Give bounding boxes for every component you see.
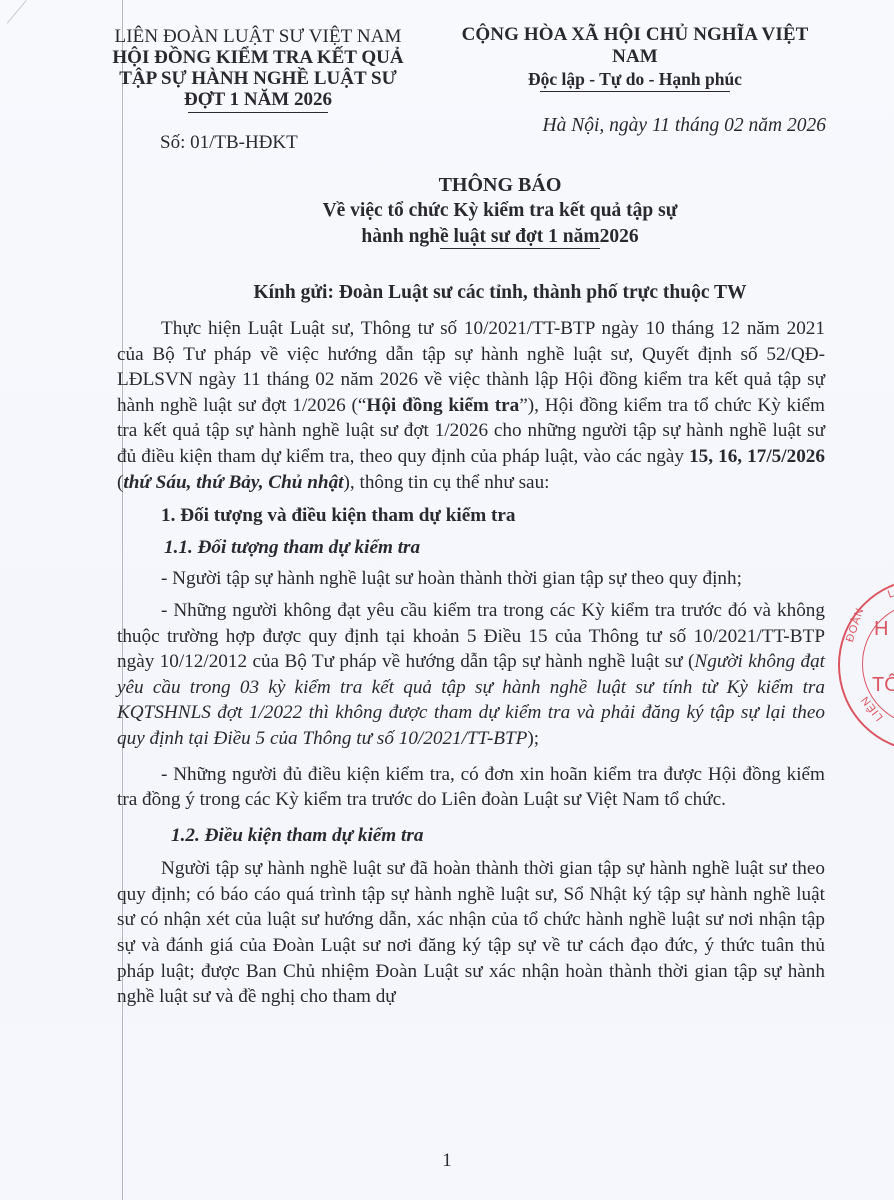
bullet2-text-2: ); (527, 728, 539, 749)
stamp-center-text-2: TỔ (872, 674, 894, 697)
intro-paragraph: Thực hiện Luật Luật sư, Thông tư số 10/2… (117, 316, 825, 495)
recipient-line: Kính gửi: Đoàn Luật sư các tỉnh, thành p… (130, 282, 870, 304)
intro-bold-term: Hội đồng kiểm tra (366, 395, 519, 416)
motto-divider (540, 91, 730, 92)
place-and-date: Hà Nội, ngày 11 tháng 02 năm 2026 (543, 115, 826, 137)
stamp-ring-text-top: L (886, 587, 894, 601)
page-number: 1 (0, 1150, 894, 1172)
document-body: Thực hiện Luật Luật sư, Thông tư số 10/2… (117, 316, 825, 1010)
title-subtitle-line1: Về việc tổ chức Kỳ kiểm tra kết quả tập … (130, 198, 870, 224)
national-motto: Độc lập - Tự do - Hạnh phúc (438, 68, 832, 90)
subtitle-pre: hành ngh (361, 226, 440, 247)
organization-name: LIÊN ĐOÀN LUẬT SƯ VIỆT NAM (108, 26, 408, 47)
exam-dates: 15, 16, 17/5/2026 (689, 446, 825, 467)
exam-weekdays: thứ Sáu, thứ Bảy, Chủ nhật (123, 472, 343, 493)
section-1-heading: 1. Đối tượng và điều kiện tham dự kiểm t… (161, 503, 825, 529)
bullet-item-3: - Những người đủ điều kiện kiểm tra, có … (117, 762, 825, 813)
section-1-1-heading: 1.1. Đối tượng tham dự kiểm tra (164, 535, 825, 561)
intro-text-4: ), thông tin cụ thể như sau: (344, 472, 550, 493)
council-name-line1: HỘI ĐỒNG KIỂM TRA KẾT QUẢ (108, 47, 408, 68)
section-1-2-paragraph: Người tập sự hành nghề luật sư đã hoàn t… (117, 856, 825, 1010)
council-name-line2: TẬP SỰ HÀNH NGHỀ LUẬT SƯ (108, 68, 408, 89)
stamp-ring-text-left: ĐOÀN (844, 606, 866, 644)
red-seal-stamp: L ĐOÀN LIÊN H TỔ (838, 578, 894, 752)
national-header: CỘNG HÒA XÃ HỘI CHỦ NGHĨA VIỆT NAM Độc l… (438, 24, 832, 92)
council-name-line3: ĐỢT 1 NĂM 2026 (108, 89, 408, 110)
subtitle-underlined: ề luật sư đợt 1 năm (440, 226, 600, 249)
document-title: THÔNG BÁO Về việc tổ chức Kỳ kiểm tra kế… (130, 172, 870, 250)
issuing-organization-header: LIÊN ĐOÀN LUẬT SƯ VIỆT NAM HỘI ĐỒNG KIỂM… (108, 26, 408, 113)
header-divider (188, 112, 328, 113)
stamp-center-text-1: H (874, 618, 888, 641)
document-page: LIÊN ĐOÀN LUẬT SƯ VIỆT NAM HỘI ĐỒNG KIỂM… (0, 0, 894, 1200)
scan-mark (7, 0, 27, 24)
section-1-2-heading: 1.2. Điều kiện tham dự kiểm tra (171, 823, 825, 849)
bullet-item-2: - Những người không đạt yêu cầu kiểm tra… (117, 598, 825, 752)
nation-name: CỘNG HÒA XÃ HỘI CHỦ NGHĨA VIỆT NAM (438, 24, 832, 68)
document-number: Số: 01/TB-HĐKT (160, 132, 298, 154)
bullet-item-1: - Người tập sự hành nghề luật sư hoàn th… (117, 566, 825, 592)
subtitle-post: 2026 (600, 226, 639, 247)
title-main: THÔNG BÁO (130, 172, 870, 198)
title-subtitle-line2: hành nghề luật sư đợt 1 năm 2026 (130, 224, 870, 250)
